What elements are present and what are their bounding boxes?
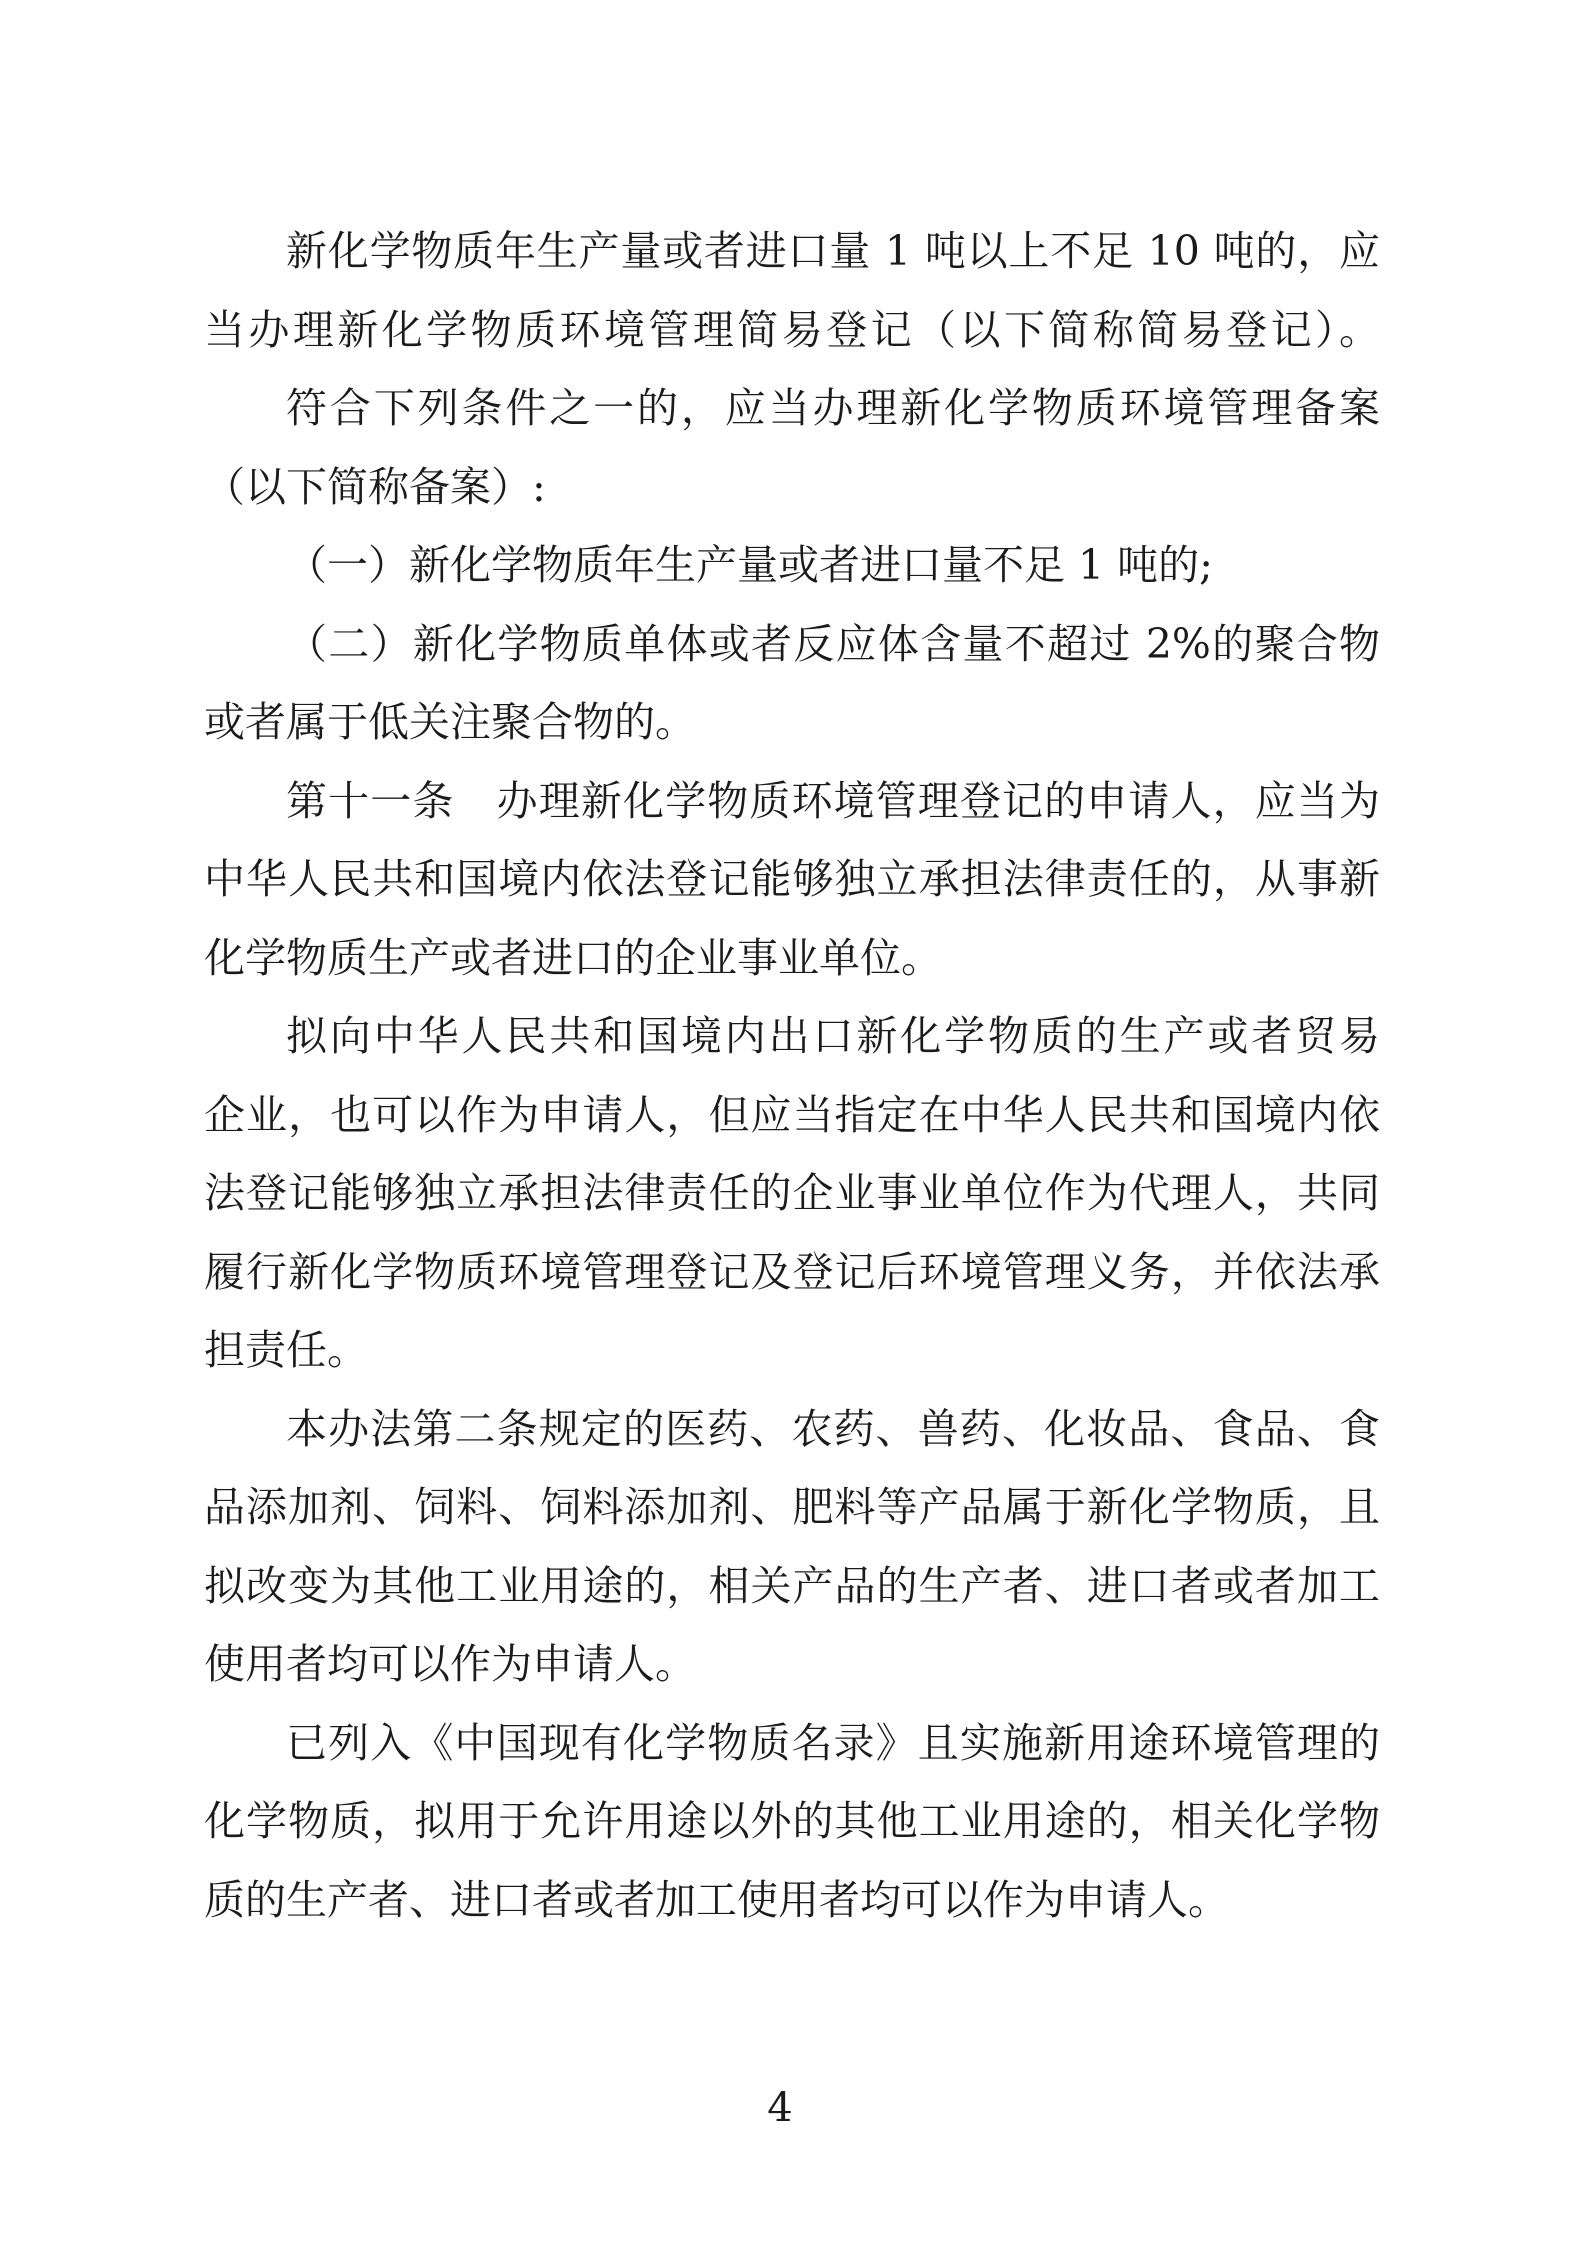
text-line: 拟改变为其他工业用途的，相关产品的生产者、进口者或者加工 xyxy=(204,1547,1380,1626)
text-line: （二）新化学物质单体或者反应体含量不超过 2%的聚合物 xyxy=(204,605,1380,684)
text-line: 或者属于低关注聚合物的。 xyxy=(204,683,1380,762)
text-line: 使用者均可以作为申请人。 xyxy=(204,1625,1380,1704)
text-line: 质的生产者、进口者或者加工使用者均可以作为申请人。 xyxy=(204,1861,1380,1940)
document-body: 新化学物质年生产量或者进口量 1 吨以上不足 10 吨的，应当办理新化学物质环境… xyxy=(204,212,1380,1939)
text-line: （一）新化学物质年生产量或者进口量不足 1 吨的; xyxy=(204,526,1380,605)
text-line: 拟向中华人民共和国境内出口新化学物质的生产或者贸易 xyxy=(204,997,1380,1076)
text-line: 本办法第二条规定的医药、农药、兽药、化妆品、食品、食 xyxy=(204,1390,1380,1469)
text-line: 品添加剂、饲料、饲料添加剂、肥料等产品属于新化学物质，且 xyxy=(204,1468,1380,1547)
text-line: 已列入《中国现有化学物质名录》且实施新用途环境管理的 xyxy=(204,1704,1380,1783)
text-line: （以下简称备案）: xyxy=(204,448,1380,527)
page-number: 4 xyxy=(0,2078,1560,2138)
text-line: 中华人民共和国境内依法登记能够独立承担法律责任的，从事新 xyxy=(204,840,1380,919)
text-line: 当办理新化学物质环境管理简易登记（以下简称简易登记）。 xyxy=(204,291,1380,370)
text-line: 化学物质生产或者进口的企业事业单位。 xyxy=(204,919,1380,998)
text-line: 第十一条 办理新化学物质环境管理登记的申请人，应当为 xyxy=(204,762,1380,841)
text-line: 担责任。 xyxy=(204,1311,1380,1390)
text-line: 化学物质，拟用于允许用途以外的其他工业用途的，相关化学物 xyxy=(204,1782,1380,1861)
text-line: 企业，也可以作为申请人，但应当指定在中华人民共和国境内依 xyxy=(204,1076,1380,1155)
text-line: 法登记能够独立承担法律责任的企业事业单位作为代理人，共同 xyxy=(204,1154,1380,1233)
text-line: 履行新化学物质环境管理登记及登记后环境管理义务，并依法承 xyxy=(204,1233,1380,1312)
text-line: 符合下列条件之一的，应当办理新化学物质环境管理备案 xyxy=(204,369,1380,448)
document-page: 新化学物质年生产量或者进口量 1 吨以上不足 10 吨的，应当办理新化学物质环境… xyxy=(0,0,1587,2245)
text-line: 新化学物质年生产量或者进口量 1 吨以上不足 10 吨的，应 xyxy=(204,212,1380,291)
